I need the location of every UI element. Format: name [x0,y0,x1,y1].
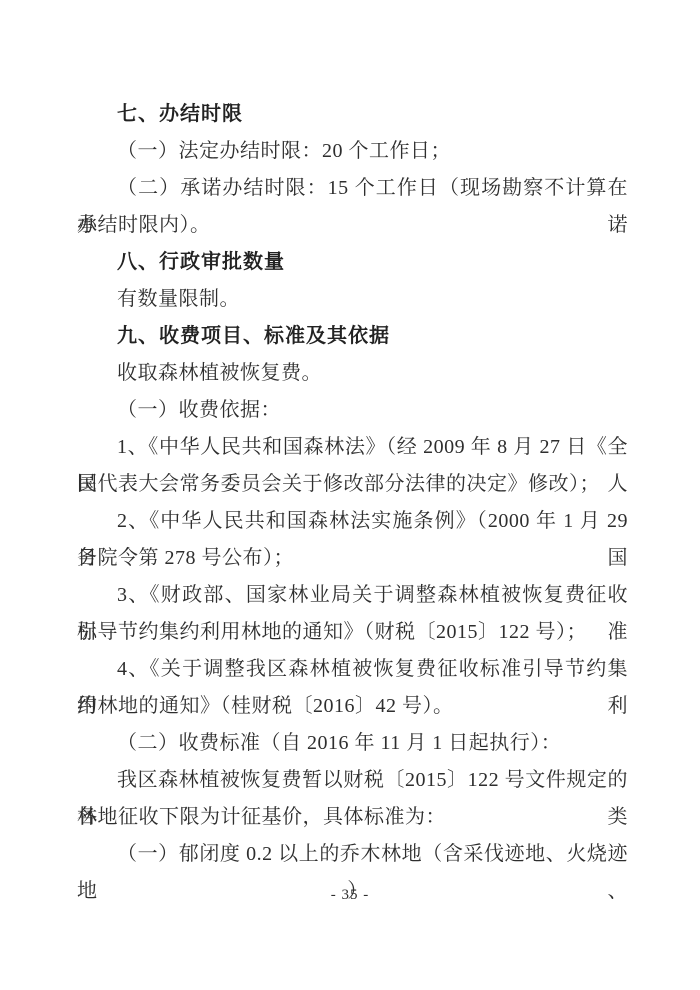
text-line: 2、《中华人民共和国森林法实施条例》（2000 年 1 月 29 日国 [77,503,628,540]
text-line: （二）承诺办结时限：15 个工作日（现场勘察不计算在承诺 [77,170,628,207]
page-number: - 35 - [0,885,700,905]
document-body: 七、办结时限 （一）法定办结时限：20 个工作日； （二）承诺办结时限：15 个… [77,96,628,873]
text-line: 民代表大会常务委员会关于修改部分法律的决定》修改）； [77,466,628,503]
section-heading-8: 八、行政审批数量 [77,244,628,281]
text-line: （一）郁闭度 0.2 以上的乔木林地（含采伐迹地、火烧迹地）、 [77,836,628,873]
section-heading-9: 九、收费项目、标准及其依据 [77,318,628,355]
text-line: 3、《财政部、国家林业局关于调整森林植被恢复费征收标准 [77,577,628,614]
text-line: 引导节约集约利用林地的通知》（财税〔2015〕122 号）； [77,614,628,651]
text-line: 有数量限制。 [77,281,628,318]
section-heading-7: 七、办结时限 [77,96,628,133]
text-line: 我区森林植被恢复费暂以财税〔2015〕122 号文件规定的各类 [77,762,628,799]
text-line: 收取森林植被恢复费。 [77,355,628,392]
text-line: 4、《关于调整我区森林植被恢复费征收标准引导节约集约利 [77,651,628,688]
text-line: 1、《中华人民共和国森林法》（经 2009 年 8 月 27 日《全国人 [77,429,628,466]
document-page: 七、办结时限 （一）法定办结时限：20 个工作日； （二）承诺办结时限：15 个… [0,0,700,990]
text-line: （一）法定办结时限：20 个工作日； [77,133,628,170]
text-line: （二）收费标准（自 2016 年 11 月 1 日起执行）： [77,725,628,762]
text-line: （一）收费依据： [77,392,628,429]
